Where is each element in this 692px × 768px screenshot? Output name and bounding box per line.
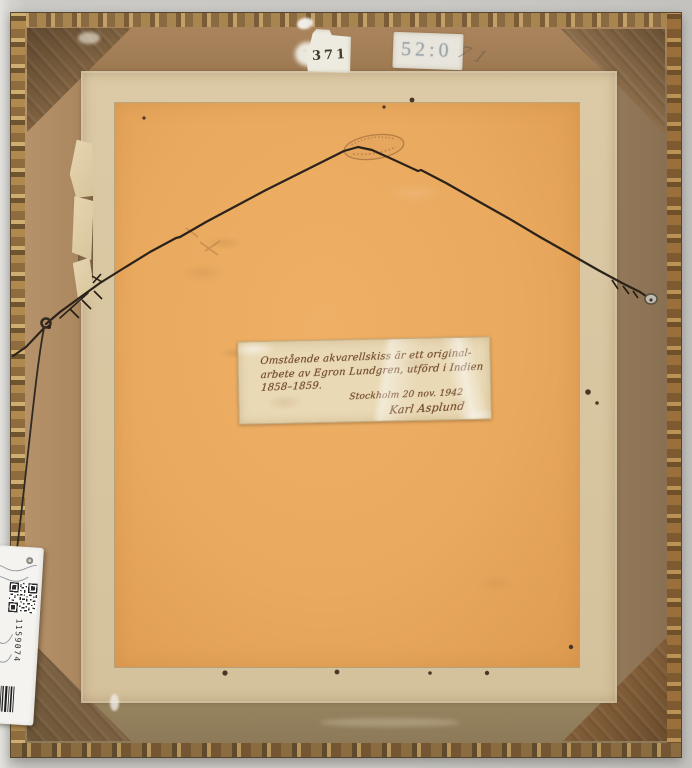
note-signature: Karl Asplund bbox=[389, 400, 466, 417]
white-label-number: 52:0 bbox=[401, 38, 453, 63]
note-line-2: arbete av Egron Lundgren, utförd i Indie… bbox=[260, 362, 484, 382]
note-line-1: Omstående akvarellskiss är ett original- bbox=[260, 348, 472, 367]
qr-code-icon bbox=[8, 582, 38, 614]
torn-label-number: 371 bbox=[312, 47, 349, 64]
plaster-streak bbox=[320, 718, 460, 727]
note-place-date: Stockholm 20 nov. 1942 bbox=[349, 388, 464, 402]
white-number-label: 52:0 bbox=[392, 32, 463, 70]
gilt-edge-top bbox=[11, 13, 681, 27]
wood-face-right bbox=[613, 69, 667, 705]
framed-artwork-back-photo: 371 52:0 71 Omstående akvarellskiss är e… bbox=[0, 0, 692, 768]
provenance-note: Omstående akvarellskiss är ett original-… bbox=[237, 336, 492, 424]
barcode-icon bbox=[0, 684, 15, 712]
note-line-3: 1858–1859. bbox=[261, 380, 323, 393]
gilt-edge-right bbox=[667, 13, 681, 757]
gilt-edge-bottom bbox=[11, 743, 681, 757]
paint-chip bbox=[110, 694, 119, 711]
paint-chip bbox=[78, 32, 100, 44]
